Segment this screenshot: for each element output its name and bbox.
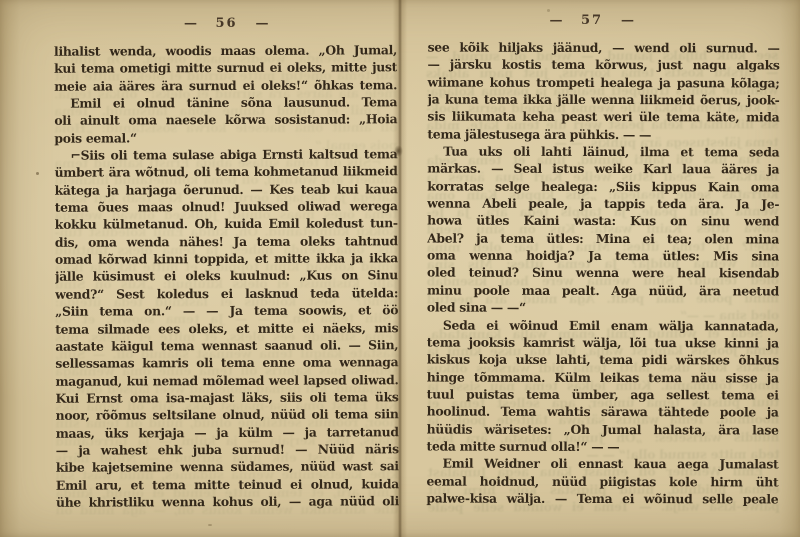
text-line: lihalist wenda, woodis maas olema. „Oh J… (54, 41, 397, 60)
text-line: meie aia ääres ära surnud ei oleks!“ õhk… (54, 76, 397, 95)
text-line: Kui Ernst oma isa-majast läks, siis oli … (55, 388, 398, 407)
text-line: eemal hoidnud, nüüd piigistas kole hirm … (426, 472, 778, 490)
text-line: oli ainult oma naesele kõrwa sosistanud:… (54, 111, 397, 130)
page-right: see kõik hiljaks jäänud, — wend oli surn… (399, 0, 800, 537)
text-line: kibe kajetsemine wenna südames, nüüd was… (56, 457, 399, 476)
paper-speck (36, 172, 39, 175)
header-dash: — (621, 13, 635, 28)
text-line: hinge tõmmama. Külm leikas tema näu siss… (427, 368, 779, 386)
text-line: Abel? ja tema ütles: Mina ei tea; olen m… (427, 229, 779, 247)
page-number: 56 (215, 16, 237, 31)
page-header-left: —56— (55, 16, 398, 31)
text-line: ⌐Siis oli tema sulase abiga Ernsti kalts… (54, 145, 397, 164)
text-line: ja kuna tema ikka jälle wenna liikmeid õ… (427, 91, 779, 109)
text-line: ümbert ära wõtnud, oli tema kohmetanud l… (55, 163, 398, 182)
text-line: hüüdis wärisetes: „Oh Jumal halasta, ära… (427, 420, 779, 438)
text-line: kiskus koja ukse lahti, tema pidi wärske… (427, 351, 779, 369)
book-scan: lihalist wenda, woodis maas olema. „Oh J… (0, 0, 800, 537)
text-line: Tua uks oli lahti läinud, ilma et tema s… (427, 143, 779, 161)
header-dash: — (256, 16, 270, 31)
text-line: — ja wahest ehk juba surnud! — Nüüd näri… (56, 440, 399, 459)
text-line: oled teinud? Sinu wenna were heal kisend… (427, 264, 779, 282)
text-line: Emil aru, et tema mitte teinud ei olnud,… (56, 475, 399, 494)
text-line: dis, oma wenda nähes! Ja tema oleks taht… (55, 232, 398, 251)
page-text-left: lihalist wenda, woodis maas olema. „Oh J… (54, 41, 399, 511)
text-line: hoolinud. Tema wahtis särawa tähtede poo… (427, 403, 779, 421)
text-line: märkas. — Seal istus weike Karl laua äär… (427, 160, 779, 178)
header-dash: — (549, 13, 563, 28)
paper-speck (547, 9, 550, 12)
text-line: maas, üks kerjaja — ja külm — ja tarreta… (56, 423, 399, 442)
page-number: 57 (581, 13, 603, 28)
text-line: ühe khristliku wenna kohus oli, — aga nü… (56, 492, 399, 511)
text-line: pois eemal.“ (54, 128, 397, 147)
book-gutter (393, 0, 407, 537)
text-line: Seda ei wõinud Emil enam wälja kannatada… (427, 316, 779, 334)
text-line: tema silmade ees oleks, et mitte ei näek… (55, 319, 398, 338)
text-line: Emil ei olnud tänine sõna lausunud. Tema (54, 93, 397, 112)
text-line: see kõik hiljaks jäänud, — wend oli surn… (428, 39, 780, 57)
page-left: lihalist wenda, woodis maas olema. „Oh J… (0, 0, 399, 537)
text-line: palwe-kisa wälja. — Tema ei wõinud selle… (426, 489, 778, 507)
text-line: oma wenna hoidja? Ja tema ütles: Mis sin… (427, 247, 779, 265)
text-line: noor, rõõmus seltsilane olnud, nüüd oli … (56, 405, 399, 424)
text-line: sis liikumata keha peast weri üle tema k… (427, 108, 779, 126)
paper-speck (208, 524, 212, 526)
text-line: wend?“ Sest koledus ei lasknud teda ütel… (55, 284, 398, 303)
text-line: jälle küsimust ei oleks kuulnud: „Kus on… (55, 267, 398, 286)
text-line: sellessamas kamris oli tema enne oma wen… (55, 353, 398, 372)
text-line: tema jooksis kamrist wälja, lõi tua ukse… (427, 333, 779, 351)
header-dash: — (184, 16, 198, 31)
text-line: wenna Abeli peale, ja tappis teda ära. J… (427, 195, 779, 213)
text-line: tuul puistas tema ümber, aga sellest tem… (427, 385, 779, 403)
gutter-speck (394, 145, 403, 157)
text-line: minu poole maa pealt. Aga nüüd, ära neet… (427, 281, 779, 299)
text-line: kui tema ometigi mitte surnud ei oleks, … (54, 59, 397, 78)
text-line: kätega ja harjaga õerunud. — Kes teab ku… (55, 180, 398, 199)
text-line: — järsku kostis tema kõrwus, just nagu a… (428, 56, 780, 74)
page-header-right: —57— (427, 13, 757, 28)
text-line: „Siin tema on.“ — — Ja tema soowis, et ö… (55, 301, 398, 320)
text-line: aastate käigul tema wennast saanud oli. … (55, 336, 398, 355)
text-line: kokku külmetanud. Oh, kuida Emil koledus… (55, 215, 398, 234)
text-line: korratas selge healega: „Siis kippus Kai… (427, 177, 779, 195)
text-line: tema jälestusega ära pühkis. — — (427, 125, 779, 143)
text-line: howa ütles Kaini wasta: Kus on sinu wend (427, 212, 779, 230)
text-line: Emil Weidner oli ennast kaua aega Jumala… (426, 455, 778, 473)
text-line: oled sina — —“ (427, 299, 779, 317)
text-line: wiimane kohus trompeti healega ja pasuna… (427, 73, 779, 91)
text-line: omad kõrwad kinni toppida, et mitte ikka… (55, 249, 398, 268)
page-text-right: see kõik hiljaks jäänud, — wend oli surn… (426, 39, 779, 508)
text-line: tema õues maas olnud! Juuksed oliwad wer… (55, 197, 398, 216)
text-line: maganud, kui nemad mõlemad weel lapsed o… (55, 371, 398, 390)
paper-speck (757, 90, 760, 92)
text-line: teda mitte surnud olla!“ — — (427, 437, 779, 455)
